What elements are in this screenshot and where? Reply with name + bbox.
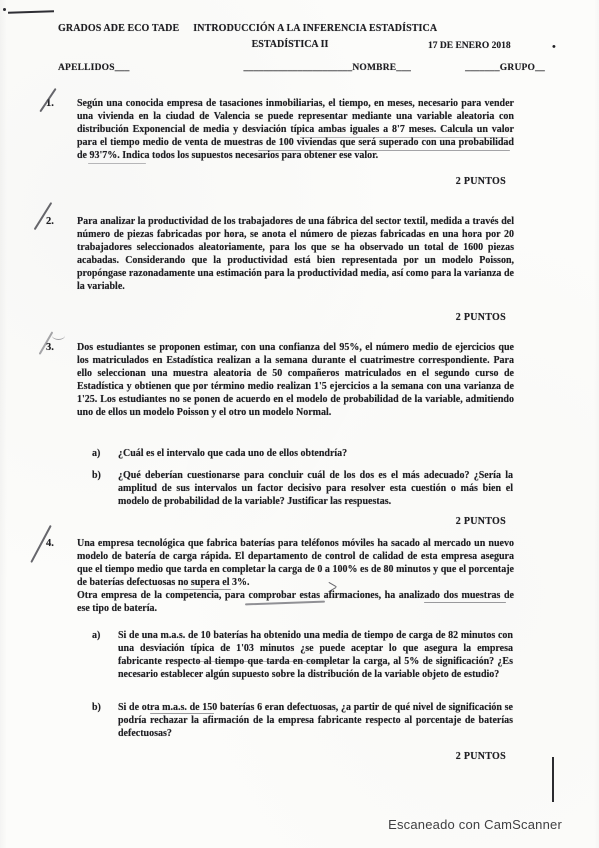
question-4-item-a: a) Si de una m.a.s. de 10 baterías ha ob… [92, 629, 513, 681]
question-3-item-b: b) ¿Qué deberían cuestionarse para concl… [92, 469, 513, 508]
pen-underline-q4b-a-partir-de [150, 713, 214, 714]
question-2-points: 2 PUNTOS [46, 312, 506, 323]
question-4-item-a-label: a) [92, 629, 118, 681]
pen-underline-q4a-significacion [196, 661, 332, 662]
question-1-number: 1. [46, 97, 77, 162]
group-field-label: _______GRUPO__ [465, 63, 545, 73]
pen-underline-q1-prob [88, 163, 146, 164]
scanned-exam-page: GRADOS ADE ECO TADE INTRODUCCIÓN A LA IN… [0, 0, 599, 848]
question-3-item-a-text: ¿Cuál es el intervalo que cada uno de el… [118, 447, 513, 460]
pen-underline-q1-line3 [300, 137, 508, 138]
question-1-points: 2 PUNTOS [46, 176, 506, 187]
surname-field-label: APELLIDOS___ [58, 63, 130, 73]
exam-date: 17 DE ENERO 2018 [428, 41, 511, 51]
question-4-item-b-label: b) [92, 701, 118, 740]
pen-dot-after-date: • [552, 41, 556, 53]
course-title: INTRODUCCIÓN A LA INFERENCIA ESTADÍSTICA [193, 23, 437, 34]
camscanner-credit: Escaneado con CamScanner [0, 817, 562, 832]
pen-dot-top-left [3, 8, 6, 11]
pen-mark-top-left [8, 10, 54, 13]
question-4-text: Una empresa tecnológica que fabrica bate… [77, 537, 514, 589]
pen-underline-q4-dos-muestras [424, 602, 506, 603]
question-4-number: 4. [46, 537, 77, 615]
question-2-text: Para analizar la productividad de los tr… [77, 215, 514, 293]
question-3-item-b-text: ¿Qué deberían cuestionarse para concluir… [118, 469, 513, 508]
question-4-item-b-text: Si de otra m.a.s. de 150 baterías 6 eran… [118, 701, 513, 740]
question-3-text: Dos estudiantes se proponen estimar, con… [77, 341, 514, 419]
scan-edge-line [552, 757, 554, 802]
question-3-number: 3. [46, 341, 77, 419]
course-subtitle: ESTADÍSTICA II [205, 39, 375, 50]
question-4-item-a-text: Si de una m.a.s. de 10 baterías ha obten… [118, 629, 513, 681]
question-3-points: 2 PUNTOS [46, 516, 506, 527]
question-1: 1. Según una conocida empresa de tasacio… [46, 97, 514, 162]
question-1-text: Según una conocida empresa de tasaciones… [77, 97, 514, 162]
name-field-label: ______________________NOMBRE___ [130, 63, 412, 73]
exam-header: GRADOS ADE ECO TADE INTRODUCCIÓN A LA IN… [58, 23, 528, 34]
question-4-item-b: b) Si de otra m.a.s. de 150 baterías 6 e… [92, 701, 513, 740]
question-3: 3. Dos estudiantes se proponen estimar, … [46, 341, 514, 419]
pen-underline-q4-no-supera [183, 589, 231, 590]
question-3-item-b-label: b) [92, 469, 118, 508]
question-4-points: 2 PUNTOS [46, 751, 506, 762]
program-title: GRADOS ADE ECO TADE [58, 23, 179, 34]
student-fields-row: APELLIDOS___ ______________________NOMBR… [58, 63, 545, 73]
question-4-text-wrap: Una empresa tecnológica que fabrica bate… [77, 537, 514, 615]
pen-underline-q1-line4 [258, 150, 510, 151]
question-3-item-a-label: a) [92, 447, 118, 460]
question-2-number: 2. [46, 215, 77, 293]
pen-squiggle-question-3 [52, 331, 65, 340]
question-2: 2. Para analizar la productividad de los… [46, 215, 514, 293]
question-3-item-a: a) ¿Cuál es el intervalo que cada uno de… [92, 447, 513, 460]
